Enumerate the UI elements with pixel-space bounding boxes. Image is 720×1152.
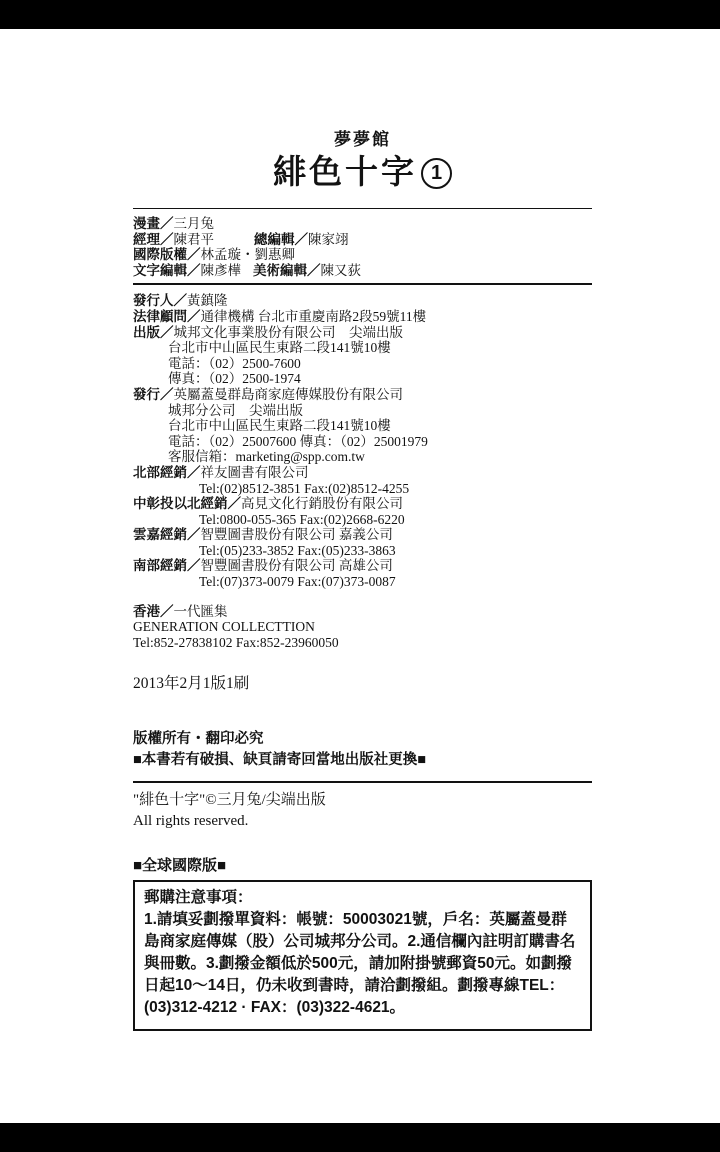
publisher-line: 發行人／黃鎮隆 (133, 293, 592, 309)
edition-date: 2013年2月1版1刷 (133, 671, 592, 693)
bottom-letterbox-bar (0, 1123, 720, 1152)
credit-line: 文字編輯／陳彥樺美術編輯／陳又荻 (133, 263, 592, 279)
divider (133, 283, 592, 285)
field-label: 中彰投以北經銷／ (133, 496, 241, 511)
distribution-telfax: Tel:(05)233-3852 Fax:(05)233-3863 (133, 543, 592, 559)
field-value: 城邦文化事業股份有限公司 尖端出版 (174, 325, 404, 340)
hongkong-block: 香港／一代匯集 GENERATION COLLECTTION Tel:852-2… (133, 604, 592, 651)
field-label: 美術編輯／ (253, 263, 321, 278)
publisher-email: 客服信箱：marketing@spp.com.tw (133, 449, 592, 465)
field-label: 出版／ (133, 325, 174, 340)
field-value: 黃鎮隆 (187, 293, 228, 308)
field-label: 南部經銷／ (133, 558, 201, 573)
field-value: 祥友圖書有限公司 (201, 465, 309, 480)
field-label: 北部經銷／ (133, 465, 201, 480)
mailorder-box: 郵購注意事項： 1.請填妥劃撥單資料：帳號：50003021號，戶名：英屬蓋曼群… (133, 880, 592, 1031)
distribution-telfax: Tel:(02)8512-3851 Fax:(02)8512-4255 (133, 481, 592, 497)
publisher-address: 台北市中山區民生東路二段141號10樓 (133, 340, 592, 356)
publisher-line: 發行／英屬蓋曼群島商家庭傳媒股份有限公司 (133, 387, 592, 403)
field-value: 英屬蓋曼群島商家庭傳媒股份有限公司 (174, 387, 404, 402)
publisher-address: 台北市中山區民生東路二段141號10樓 (133, 418, 592, 434)
book-title-text: 緋色十字 (273, 153, 417, 190)
copyright-line: "緋色十字"©三月兔/尖端出版 (133, 790, 592, 811)
credit-pair: 文字編輯／陳彥樺 (133, 263, 241, 278)
field-value: 林孟璇・劉惠卿 (201, 247, 296, 262)
credit-pair: 美術編輯／陳又荻 (253, 263, 361, 278)
hongkong-line: 香港／一代匯集 (133, 604, 592, 620)
distribution-line: 雲嘉經銷／智豐圖書股份有限公司 嘉義公司 (133, 527, 592, 543)
copyright-notice: "緋色十字"©三月兔/尖端出版 All rights reserved. (133, 790, 592, 832)
field-label: 發行人／ (133, 293, 187, 308)
field-label: 文字編輯／ (133, 263, 201, 278)
credit-line: 國際版權／林孟璇・劉惠卿 (133, 247, 592, 263)
publisher-phone: 電話：（02）2500-7600 (133, 356, 592, 372)
publisher-line: 法律顧問／通律機構 台北市重慶南路2段59號11樓 (133, 309, 592, 325)
distribution-telfax: Tel:(07)373-0079 Fax:(07)373-0087 (133, 574, 592, 590)
credits-block: 漫畫／三月兔 經理／陳君平總編輯／陳家翊 國際版權／林孟璇・劉惠卿 文字編輯／陳… (133, 216, 592, 278)
field-label: 國際版權／ (133, 247, 201, 262)
field-value: 陳家翊 (308, 232, 349, 247)
divider (133, 781, 592, 783)
credit-line: 經理／陳君平總編輯／陳家翊 (133, 232, 592, 248)
field-value: 高見文化行銷股份有限公司 (241, 496, 403, 511)
mailorder-body: 1.請填妥劃撥單資料：帳號：50003021號，戶名：英屬蓋曼群島商家庭傳媒（股… (144, 909, 581, 1019)
field-label: 經理／ (133, 232, 174, 247)
divider (133, 208, 592, 209)
top-letterbox-bar (0, 0, 720, 29)
field-label: 法律顧問／ (133, 309, 201, 324)
field-value: 一代匯集 (174, 604, 228, 619)
publisher-phone-fax: 電話：（02）25007600 傳真：（02）25001979 (133, 434, 592, 450)
field-value: 陳君平 (174, 232, 215, 247)
field-label: 雲嘉經銷／ (133, 527, 201, 542)
distribution-line: 南部經銷／智豐圖書股份有限公司 高雄公司 (133, 558, 592, 574)
distribution-line: 中彰投以北經銷／高見文化行銷股份有限公司 (133, 496, 592, 512)
credit-pair: 經理／陳君平 (133, 232, 214, 247)
publisher-branch: 城邦分公司 尖端出版 (133, 403, 592, 419)
rights-line: 版權所有・翻印必究 (133, 729, 592, 750)
distribution-telfax: Tel:0800-055-365 Fax:(02)2668-6220 (133, 512, 592, 528)
credit-line: 漫畫／三月兔 (133, 216, 592, 232)
publisher-block: 發行人／黃鎮隆 法律顧問／通律機構 台北市重慶南路2段59號11樓 出版／城邦文… (133, 293, 592, 589)
field-label: 總編輯／ (254, 232, 308, 247)
imprint-label: 夢夢館 (133, 125, 592, 150)
title-block: 夢夢館 緋色十字1 (133, 29, 592, 191)
copyright-line: All rights reserved. (133, 811, 592, 832)
colophon-page: 夢夢館 緋色十字1 漫畫／三月兔 經理／陳君平總編輯／陳家翊 國際版權／林孟璇・… (0, 0, 720, 1152)
field-value: 陳彥樺 (201, 263, 242, 278)
publisher-line: 出版／城邦文化事業股份有限公司 尖端出版 (133, 325, 592, 341)
rights-line: ■本書若有破損、缺頁請寄回當地出版社更換■ (133, 750, 592, 771)
field-label: 香港／ (133, 604, 174, 619)
field-value: 智豐圖書股份有限公司 高雄公司 (201, 558, 393, 573)
publisher-fax: 傳真：（02）2500-1974 (133, 371, 592, 387)
mailorder-heading: 郵購注意事項： (144, 887, 581, 909)
field-value: 智豐圖書股份有限公司 嘉義公司 (201, 527, 393, 542)
field-value: 陳又荻 (321, 263, 362, 278)
field-value: 通律機構 台北市重慶南路2段59號11樓 (201, 309, 427, 324)
volume-badge: 1 (421, 158, 452, 189)
hongkong-telfax: Tel:852-27838102 Fax:852-23960050 (133, 635, 592, 651)
rights-notice: 版權所有・翻印必究 ■本書若有破損、缺頁請寄回當地出版社更換■ (133, 729, 592, 771)
colophon-content: 夢夢館 緋色十字1 漫畫／三月兔 經理／陳君平總編輯／陳家翊 國際版權／林孟璇・… (133, 29, 592, 1031)
book-title: 緋色十字1 (133, 153, 592, 191)
hongkong-name-en: GENERATION COLLECTTION (133, 619, 592, 635)
field-value: 三月兔 (174, 216, 215, 231)
credit-pair: 總編輯／陳家翊 (254, 232, 349, 247)
intl-edition-header: ■全球國際版■ (133, 854, 592, 875)
field-label: 漫畫／ (133, 216, 174, 231)
distribution-line: 北部經銷／祥友圖書有限公司 (133, 465, 592, 481)
field-label: 發行／ (133, 387, 174, 402)
